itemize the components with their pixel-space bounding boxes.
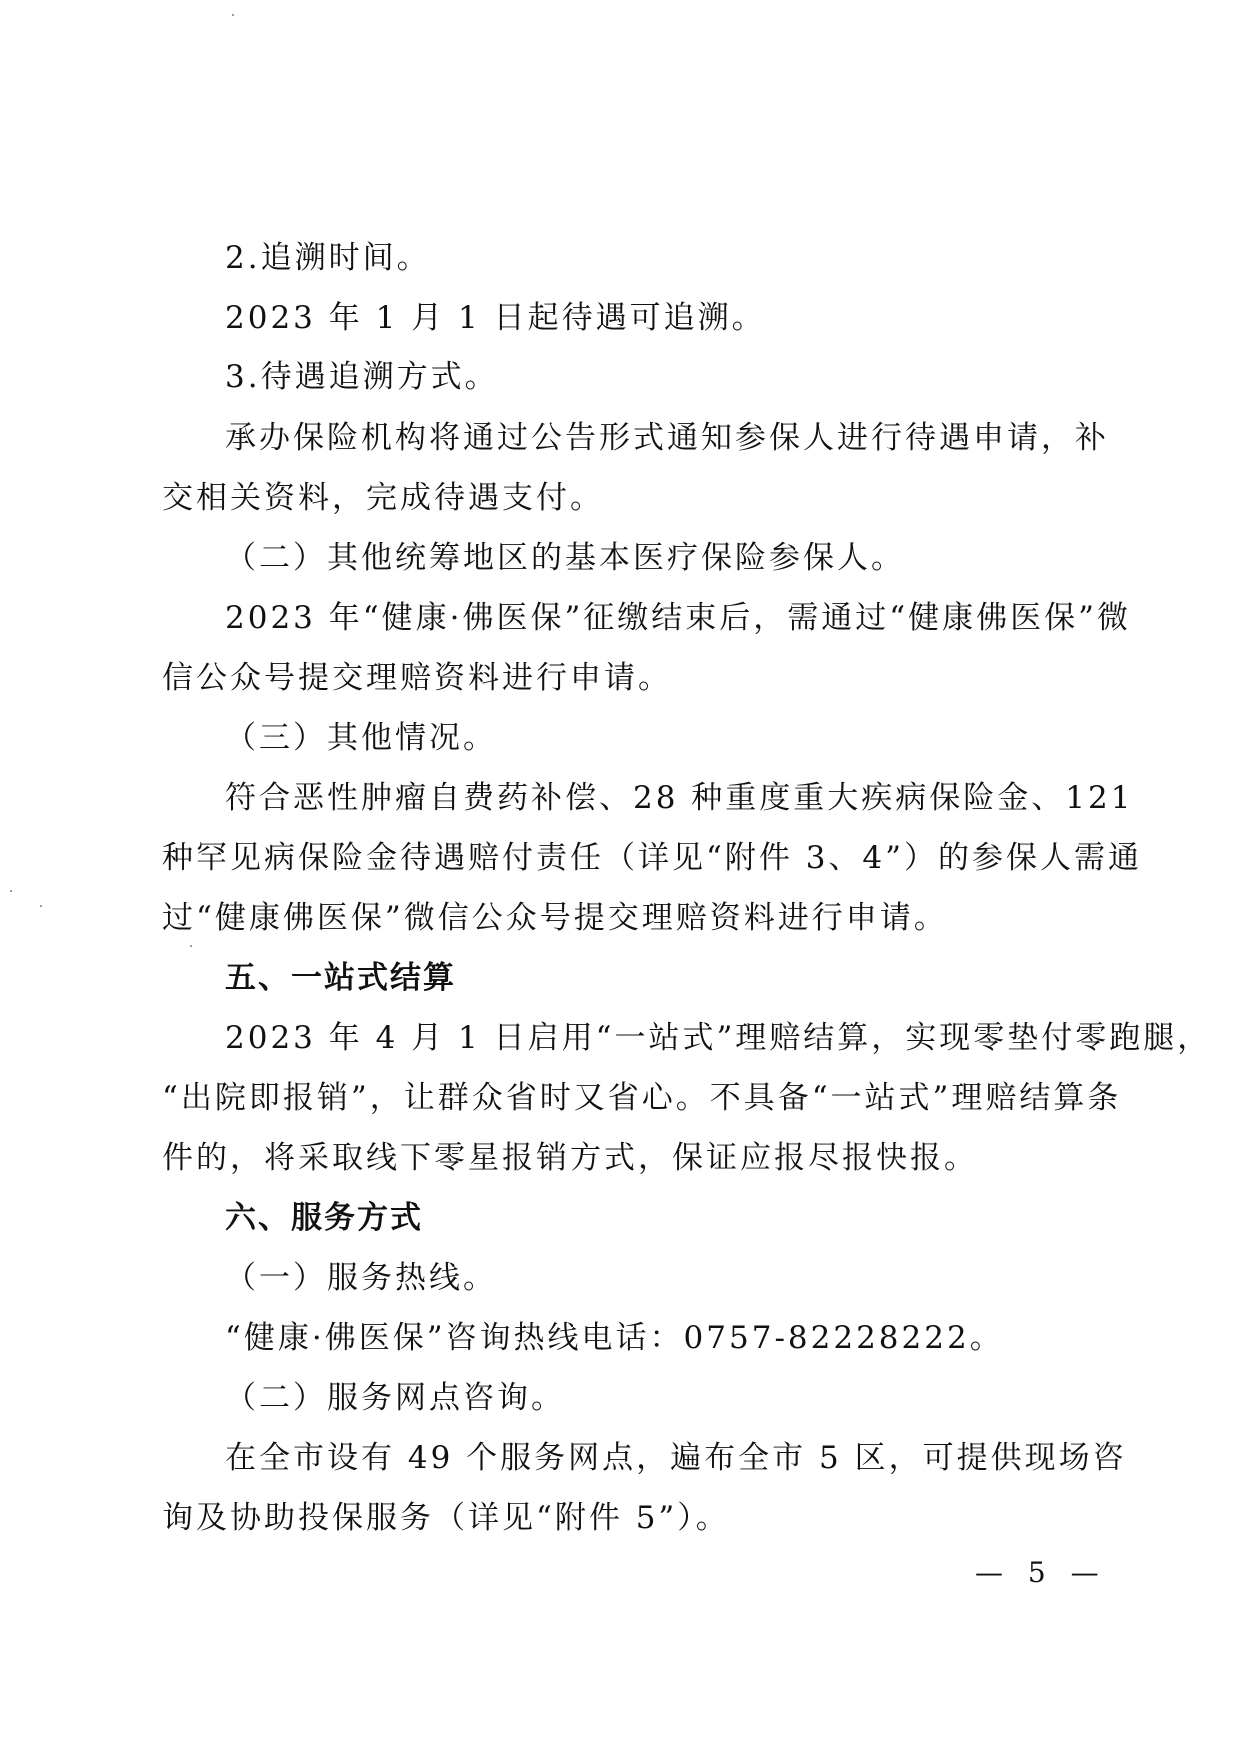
paragraph-line: 种罕见病保险金待遇赔付责任（详见“附件 3、4”）的参保人需通	[162, 838, 1142, 878]
scan-artifact	[40, 905, 42, 907]
section-heading: 六、服务方式	[225, 1198, 423, 1238]
subsection-title: （三）其他情况。	[225, 718, 497, 758]
scan-artifact	[190, 945, 192, 947]
subsection-title: 2.追溯时间。	[225, 238, 431, 278]
scan-artifact	[232, 14, 234, 16]
document-page: 2.追溯时间。2023 年 1 月 1 日起待遇可追溯。3.待遇追溯方式。承办保…	[0, 0, 1242, 1754]
paragraph-line: 信公众号提交理赔资料进行申请。	[162, 658, 672, 698]
paragraph-line: “健康·佛医保”咨询热线电话：0757-82228222。	[225, 1318, 1004, 1358]
page-number: — 5 —	[975, 1556, 1107, 1589]
subsection-title: （一）服务热线。	[225, 1258, 497, 1298]
paragraph-line: 件的，将采取线下零星报销方式，保证应报尽报快报。	[162, 1138, 978, 1178]
paragraph-line: 在全市设有 49 个服务网点，遍布全市 5 区，可提供现场咨	[225, 1438, 1127, 1478]
section-heading: 五、一站式结算	[225, 958, 456, 998]
paragraph-line: 承办保险机构将通过公告形式通知参保人进行待遇申请，补	[225, 418, 1109, 458]
scan-artifact	[10, 890, 12, 892]
subsection-title: （二）服务网点咨询。	[225, 1378, 565, 1418]
paragraph-line: 交相关资料，完成待遇支付。	[162, 478, 604, 518]
paragraph-line: “出院即报销”，让群众省时又省心。不具备“一站式”理赔结算条	[162, 1078, 1121, 1118]
paragraph-line: 询及协助投保服务（详见“附件 5”）。	[162, 1498, 730, 1538]
paragraph-line: 2023 年 4 月 1 日启用“一站式”理赔结算，实现零垫付零跑腿，	[225, 1018, 1211, 1058]
subsection-title: （二）其他统筹地区的基本医疗保险参保人。	[225, 538, 905, 578]
paragraph-line: 过“健康佛医保”微信公众号提交理赔资料进行申请。	[162, 898, 948, 938]
paragraph-line: 2023 年“健康·佛医保”征缴结束后，需通过“健康佛医保”微	[225, 598, 1131, 638]
subsection-title: 3.待遇追溯方式。	[225, 357, 499, 397]
paragraph-line: 符合恶性肿瘤自费药补偿、28 种重度重大疾病保险金、121	[225, 778, 1133, 818]
paragraph-line: 2023 年 1 月 1 日起待遇可追溯。	[225, 298, 766, 338]
